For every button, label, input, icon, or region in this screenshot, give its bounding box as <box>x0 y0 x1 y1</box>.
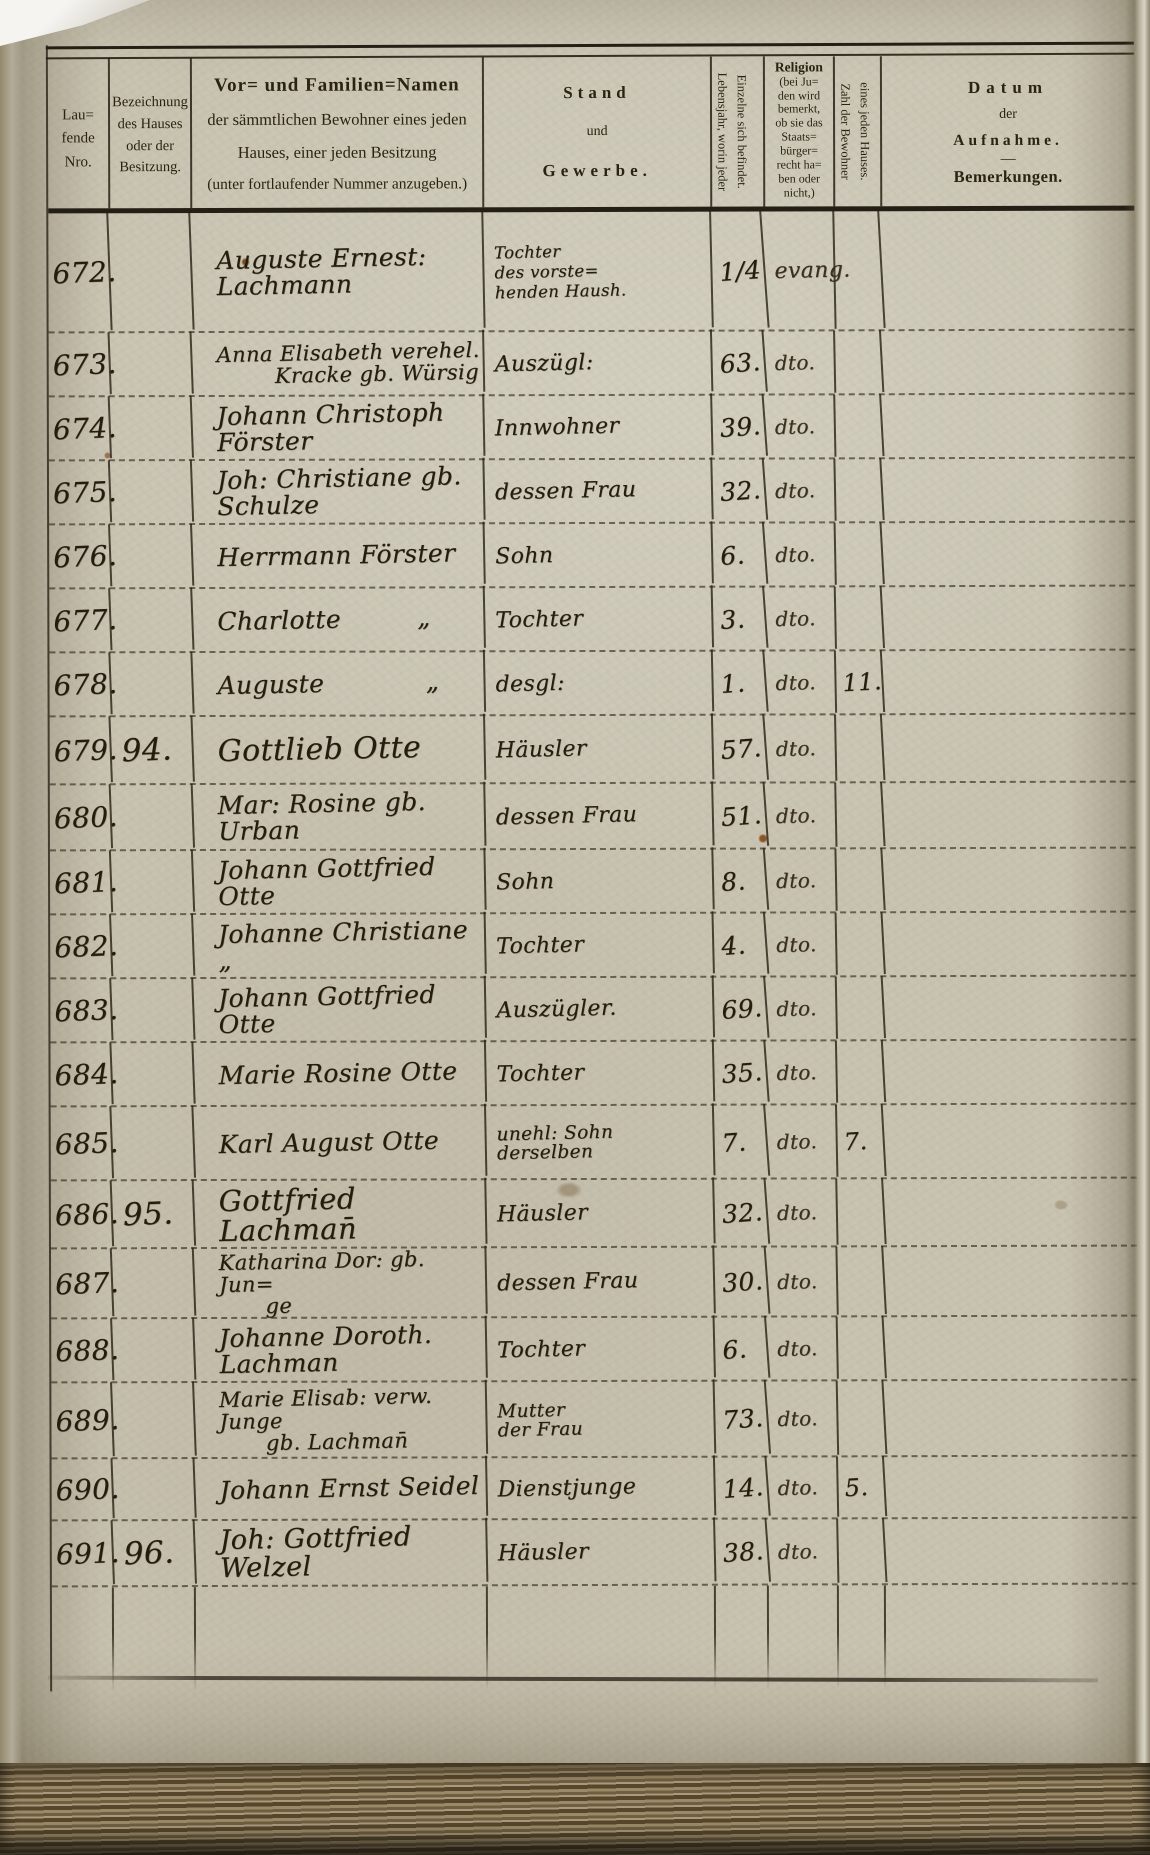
age-value: 39. <box>711 394 768 460</box>
date-remarks-cell <box>883 395 1135 458</box>
header-line: des Hauses <box>110 114 190 136</box>
religion-value: dto. <box>766 523 837 586</box>
occupation: Tochter des vorste= henden Haush. <box>483 209 714 332</box>
date-remarks-cell <box>884 913 1136 976</box>
occupation-line: Tochter <box>496 1059 712 1087</box>
row-number: 683. <box>49 978 113 1042</box>
resident-name: Gottlieb Otte <box>193 714 486 786</box>
table-row: 674. Johann Christoph Förster Innwohner … <box>49 395 1135 462</box>
residents-count <box>836 1246 887 1316</box>
header-line: ob sie das <box>765 117 833 131</box>
occupation-line: Auszügler. <box>496 995 712 1023</box>
occupation-line: Sohn <box>496 867 712 895</box>
age-value: 1. <box>711 650 768 716</box>
header-line: Staats= <box>765 131 833 145</box>
house-number <box>111 1042 195 1107</box>
occupation: dessen Frau <box>486 1245 716 1318</box>
table-row: 689. Marie Elisab: verw. Junge gb. Lachm… <box>51 1381 1137 1460</box>
occupation: Häusler <box>486 1177 715 1248</box>
religion-value: dto. <box>766 651 837 714</box>
age-value: 14. <box>714 1456 771 1520</box>
occupation-line: Sohn <box>495 541 711 569</box>
date-remarks-cell <box>883 587 1135 650</box>
name-line: Charlotte „ <box>217 604 483 636</box>
header-divider-dash: — <box>1001 154 1016 165</box>
residents-count: 7. <box>836 1104 887 1178</box>
age-value: 35. <box>712 1040 769 1106</box>
house-number <box>110 588 194 653</box>
empty-cell <box>886 1585 1138 1690</box>
name-line: Auguste „ <box>217 668 483 700</box>
header-line: Bezeichnung <box>110 92 190 114</box>
name-line: Johann Gottfried Otte <box>218 853 485 911</box>
religion-value: dto. <box>767 1179 838 1246</box>
age-value: 73. <box>713 1380 771 1458</box>
resident-name: Marie Rosine Otte <box>194 1040 487 1108</box>
occupation: Mutter der Frau <box>487 1379 717 1458</box>
row-number: 686. <box>50 1180 114 1248</box>
residents-count <box>836 912 886 976</box>
header-line: (unter fortlaufender Nummer anzugeben.) <box>196 175 478 194</box>
row-number: 675. <box>48 460 112 524</box>
residents-count: 11. <box>835 650 885 714</box>
row-number: 673. <box>48 332 112 396</box>
resident-name: Mar: Rosine gb. Urban <box>193 782 486 852</box>
date-remarks-cell <box>883 651 1135 714</box>
empty-cell <box>716 1586 769 1690</box>
row-number: 672. <box>46 212 112 332</box>
name-line: Joh: Christiane gb. Schulze <box>217 463 484 521</box>
occupation: Auszügl: <box>484 329 713 396</box>
house-number <box>111 1106 196 1181</box>
age-value: 69. <box>712 976 769 1042</box>
name-line: Johanne Christiane „ <box>218 917 485 975</box>
residents-count <box>832 210 885 330</box>
age-value: 6. <box>713 1316 770 1382</box>
table-row: 679. 94. Gottlieb Otte Häusler 57. dto. <box>50 715 1136 786</box>
house-number <box>113 1458 197 1521</box>
empty-cell <box>839 1585 886 1689</box>
occupation-line: Innwohner <box>495 413 711 441</box>
occupation-line: Dienstjunge <box>497 1474 713 1502</box>
residents-count <box>834 394 884 458</box>
header-namen: Vor= und Familien=Namen der sämmtlichen … <box>192 57 484 208</box>
date-remarks-cell <box>883 331 1135 394</box>
name-line: Marie Rosine Otte <box>218 1058 484 1090</box>
occupation-line: Tochter <box>497 1335 713 1363</box>
table-row: 685. Karl August Otte unehl: Sohn dersel… <box>51 1105 1137 1182</box>
row-number: 688. <box>50 1318 114 1382</box>
age-value: 8. <box>712 848 769 914</box>
page-right-edge <box>1124 0 1150 1775</box>
table-row: 680. Mar: Rosine gb. Urban dessen Frau 5… <box>50 783 1136 852</box>
age-value: 51. <box>712 782 769 850</box>
resident-name: Johann Gottfried Otte <box>193 848 486 916</box>
table-row: 673. Anna Elisabeth verehel. Kracke gb. … <box>49 331 1135 398</box>
header-religion: Religion (bei Ju= den wird bemerkt, ob s… <box>765 56 835 206</box>
occupation-line: der Frau <box>497 1416 713 1441</box>
occupation: Sohn <box>484 521 713 588</box>
residents-count <box>834 458 884 522</box>
resident-name: Auguste Ernest: Lachmann <box>191 210 485 334</box>
table-body: 672. Auguste Ernest: Lachmann Tochter de… <box>48 211 1138 1588</box>
occupation-line: henden Haush. <box>495 278 711 303</box>
resident-name: Johann Gottfried Otte <box>194 976 487 1044</box>
table-row: 676. Herrmann Förster Sohn 6. dto. <box>49 523 1135 590</box>
occupation: Dienstjunge <box>487 1455 716 1520</box>
resident-name: Johanne Doroth. Lachman <box>195 1316 488 1384</box>
age-value: 3. <box>711 586 768 652</box>
row-number: 677. <box>48 588 112 652</box>
header-lebensjahr: Lebensjahr, worin jeder Einzelne sich be… <box>712 57 765 207</box>
table-row: 687. Katharina Dor: gb. Jun= ge dessen F… <box>51 1247 1137 1320</box>
row-number: 689. <box>50 1382 115 1458</box>
book-page-stack-edge <box>0 1763 1150 1855</box>
house-number <box>111 914 195 979</box>
occupation: Häusler <box>485 713 714 784</box>
occupation-line: desgl: <box>495 669 711 697</box>
occupation-line: Auszügl: <box>494 349 710 377</box>
header-bezeichnung: Bezeichnung des Hauses oder der Besitzun… <box>110 58 192 208</box>
name-line: Kracke gb. Würsig <box>275 361 483 387</box>
resident-name: Johann Christoph Förster <box>192 394 485 462</box>
date-remarks-cell <box>886 1519 1138 1584</box>
row-number: 678. <box>48 652 112 716</box>
house-number: 95. <box>112 1180 196 1249</box>
header-line: Datum <box>968 78 1048 98</box>
age-value: 32. <box>713 1178 771 1248</box>
occupation-line: Häusler <box>495 735 711 763</box>
age-value: 63. <box>711 330 768 396</box>
header-datum-bemerkungen: Datum der Aufnahme. — Bemerkungen. <box>882 56 1134 207</box>
header-line: (bei Ju= <box>765 75 833 89</box>
table-row: 690. Johann Ernst Seidel Dienstjunge 14.… <box>52 1457 1138 1522</box>
header-line: ben oder <box>765 172 833 186</box>
date-remarks-cell <box>882 211 1134 330</box>
residents-count: 5. <box>837 1456 887 1518</box>
header-laufende-nro: Lau= fende Nro. <box>48 58 110 208</box>
occupation: desgl: <box>485 649 714 716</box>
header-line: Lau= <box>48 104 108 127</box>
house-number <box>108 212 194 333</box>
table-row: 691. 96. Joh: Gottfried Welzel Häusler 3… <box>52 1519 1138 1588</box>
residents-count <box>835 782 885 848</box>
house-number <box>111 850 195 915</box>
age-value: 4. <box>712 912 769 978</box>
occupation-line: Häusler <box>497 1199 713 1227</box>
resident-name: Katharina Dor: gb. Jun= ge <box>194 1246 487 1320</box>
resident-name: Johann Ernst Seidel <box>195 1456 488 1522</box>
occupation: dessen Frau <box>484 457 713 524</box>
row-number: 679. <box>48 716 112 784</box>
table-row: 682. Johanne Christiane „ Tochter 4. dto… <box>50 913 1136 980</box>
date-remarks-cell <box>884 783 1136 848</box>
occupation-line: Tochter <box>496 931 712 959</box>
header-zahl-bewohner: Zahl der Bewohner eines jeden Hauses. <box>835 56 882 206</box>
religion-value: dto. <box>768 1381 839 1456</box>
religion-value: dto. <box>765 395 836 458</box>
empty-cell <box>769 1585 839 1689</box>
resident-name: Herrmann Förster <box>193 522 486 590</box>
name-line: ge <box>265 1291 485 1317</box>
age-value: 38. <box>714 1518 771 1586</box>
religion-value: dto. <box>767 1247 838 1316</box>
row-number: 680. <box>49 784 113 850</box>
religion-value: dto. <box>767 1105 838 1178</box>
occupation-line: derselben <box>497 1139 713 1164</box>
date-remarks-cell <box>885 1317 1137 1380</box>
age-value: 30. <box>713 1246 771 1318</box>
header-line: bürger= <box>765 145 833 159</box>
residents-count <box>836 976 886 1040</box>
house-number <box>112 1382 197 1459</box>
header-line: Hauses, einer jeden Besitzung <box>196 142 478 163</box>
name-line: Gottfried Lachman̄ <box>218 1180 485 1246</box>
name-line: Gottlieb Otte <box>217 731 484 768</box>
religion-value: dto. <box>766 783 837 848</box>
row-number: 685. <box>49 1106 114 1180</box>
row-number: 674. <box>48 396 112 460</box>
religion-value: dto. <box>766 715 837 782</box>
residents-count <box>836 1380 887 1456</box>
occupation: Tochter <box>486 1039 715 1106</box>
header-line: Zahl der Bewohner <box>835 60 855 202</box>
name-line: Auguste Ernest: Lachmann <box>216 243 483 301</box>
row-number: 687. <box>50 1248 115 1318</box>
religion-value: dto. <box>768 1317 839 1380</box>
resident-name: Auguste „ <box>193 650 486 718</box>
house-number <box>112 1248 196 1319</box>
header-line: fende <box>48 128 108 151</box>
house-number <box>112 1318 196 1383</box>
residents-count <box>837 1518 887 1584</box>
residents-count <box>835 848 885 912</box>
name-line: Karl August Otte <box>218 1127 484 1159</box>
header-line: Religion <box>765 59 833 75</box>
header-line: den wird <box>765 89 833 103</box>
table-row: 677. Charlotte „ Tochter 3. dto. <box>49 587 1135 654</box>
date-remarks-cell <box>885 1179 1137 1246</box>
religion-value: dto. <box>765 459 836 522</box>
resident-name: Marie Elisab: verw. Junge gb. Lachman̄ <box>195 1380 488 1460</box>
ledger-page: Lau= fende Nro. Bezeichnung des Hauses o… <box>8 0 1138 1767</box>
table-row: 675. Joh: Christiane gb. Schulze dessen … <box>49 459 1135 526</box>
header-line: Gewerbe. <box>484 160 710 181</box>
house-number <box>110 652 194 717</box>
resident-name: Joh: Christiane gb. Schulze <box>192 458 485 526</box>
residents-count <box>836 1040 886 1104</box>
residents-count <box>834 330 884 394</box>
house-number: 96. <box>113 1520 197 1587</box>
residents-count <box>835 586 885 650</box>
header-line: der sämmtlichen Bewohner eines jeden <box>196 109 478 130</box>
residents-count <box>837 1316 887 1380</box>
header-line: Stand <box>484 83 710 104</box>
house-number <box>110 396 194 461</box>
religion-value: dto. <box>767 977 838 1040</box>
occupation: Tochter <box>487 1315 716 1382</box>
occupation-line: dessen Frau <box>495 477 711 505</box>
occupation: Häusler <box>487 1517 716 1586</box>
occupation-line: Häusler <box>498 1538 714 1566</box>
resident-name: Charlotte „ <box>193 586 486 654</box>
date-remarks-cell <box>885 1381 1137 1456</box>
occupation: Auszügler. <box>486 975 715 1042</box>
header-line: und <box>484 124 710 141</box>
occupation: Sohn <box>485 847 714 914</box>
header-line: Einzelne sich befindet. <box>731 61 751 203</box>
name-line: Johann Ernst Seidel <box>219 1473 485 1505</box>
date-remarks-cell <box>884 1041 1136 1104</box>
religion-value: dto. <box>768 1519 839 1584</box>
age-value: 7. <box>712 1104 770 1180</box>
residents-count <box>835 714 886 782</box>
row-number: 691. <box>51 1520 115 1586</box>
name-line: Johann Gottfried Otte <box>218 981 485 1039</box>
table-header: Lau= fende Nro. Bezeichnung des Hauses o… <box>48 56 1134 214</box>
resident-name: Karl August Otte <box>194 1104 487 1182</box>
header-line: Lebensjahr, worin jeder <box>712 61 732 203</box>
occupation: dessen Frau <box>485 781 714 850</box>
header-line: Bemerkungen. <box>954 166 1063 186</box>
age-value: 1/4 <box>708 210 769 332</box>
table-row: 672. Auguste Ernest: Lachmann Tochter de… <box>48 211 1134 334</box>
name-line: Katharina Dor: gb. Jun= <box>218 1247 485 1296</box>
residents-count <box>835 522 885 586</box>
resident-name: Johanne Christiane „ <box>194 912 487 980</box>
date-remarks-cell <box>883 459 1135 522</box>
header-line: nicht,) <box>765 186 833 200</box>
religion-value: evang. <box>764 211 836 330</box>
row-number: 682. <box>49 914 113 978</box>
age-value: 32. <box>711 458 768 524</box>
header-line: Nro. <box>48 151 108 174</box>
resident-name: Anna Elisabeth verehel. Kracke gb. Würsi… <box>192 330 485 398</box>
name-line: Joh: Gottfried Welzel <box>219 1521 486 1583</box>
religion-value: dto. <box>766 849 837 912</box>
house-number <box>110 332 194 397</box>
occupation: Tochter <box>486 911 715 978</box>
table-row: 681. Johann Gottfried Otte Sohn 8. dto. <box>50 849 1136 916</box>
table-row: 678. Auguste „ desgl: 1. dto. 11. <box>49 651 1135 718</box>
name-line: Herrmann Förster <box>217 540 483 572</box>
resident-name: Joh: Gottfried Welzel <box>195 1518 488 1588</box>
house-number <box>111 784 195 851</box>
date-remarks-cell <box>884 849 1136 912</box>
table-row: 684. Marie Rosine Otte Tochter 35. dto. <box>50 1041 1136 1108</box>
date-remarks-cell <box>883 523 1135 586</box>
header-line: recht ha= <box>765 158 833 172</box>
name-line: Johanne Doroth. Lachman <box>219 1321 486 1379</box>
header-line: Aufnahme. <box>953 132 1063 150</box>
date-remarks-cell <box>885 1105 1137 1178</box>
date-remarks-cell <box>884 977 1136 1040</box>
date-remarks-cell <box>884 715 1136 782</box>
table-row: 688. Johanne Doroth. Lachman Tochter 6. … <box>51 1317 1137 1384</box>
house-number <box>110 524 194 589</box>
occupation-line: dessen Frau <box>497 1268 713 1296</box>
book-spine-edge <box>0 0 22 1795</box>
census-table: Lau= fende Nro. Bezeichnung des Hauses o… <box>46 43 1138 1692</box>
occupation: Innwohner <box>484 393 713 460</box>
row-number: 684. <box>49 1042 113 1106</box>
header-line: der <box>999 107 1017 123</box>
name-line: Mar: Rosine gb. Urban <box>217 788 484 846</box>
header-line: Vor= und Familien=Namen <box>196 74 478 97</box>
name-line: Marie Elisab: verw. Junge <box>219 1384 486 1433</box>
table-row: 686. 95. Gottfried Lachman̄ Häusler 32. … <box>51 1179 1137 1250</box>
scanned-ledger-photo: Lau= fende Nro. Bezeichnung des Hauses o… <box>0 0 1150 1855</box>
occupation: Tochter <box>485 585 714 652</box>
occupation: unehl: Sohn derselben <box>486 1103 716 1180</box>
religion-value: dto. <box>767 1041 838 1104</box>
religion-value: dto. <box>766 587 837 650</box>
age-value: 57. <box>711 714 769 784</box>
row-number: 690. <box>51 1458 115 1520</box>
row-number: 681. <box>49 850 113 914</box>
name-line: gb. Lachman̄ <box>266 1428 486 1454</box>
house-number: 94. <box>110 716 194 785</box>
name-line: Johann Christoph Förster <box>216 399 483 457</box>
occupation-line: dessen Frau <box>496 802 712 830</box>
header-line: eines jeden Hauses. <box>854 60 874 202</box>
residents-count <box>836 1178 887 1246</box>
house-number <box>111 978 195 1043</box>
resident-name: Gottfried Lachman̄ <box>194 1178 487 1250</box>
religion-value: dto. <box>767 913 838 976</box>
occupation-line: Tochter <box>495 605 711 633</box>
header-line: Besitzung. <box>110 157 190 179</box>
house-number <box>110 460 194 525</box>
table-row: 683. Johann Gottfried Otte Auszügler. 69… <box>50 977 1136 1044</box>
date-remarks-cell <box>886 1457 1138 1518</box>
date-remarks-cell <box>885 1247 1137 1316</box>
empty-cell <box>488 1586 716 1691</box>
header-line: oder der <box>110 136 190 158</box>
header-stand-gewerbe: Stand und Gewerbe. <box>484 57 712 208</box>
religion-value: dto. <box>768 1457 839 1518</box>
religion-value: dto. <box>765 331 836 394</box>
row-number: 676. <box>48 524 112 588</box>
age-value: 6. <box>711 522 768 588</box>
